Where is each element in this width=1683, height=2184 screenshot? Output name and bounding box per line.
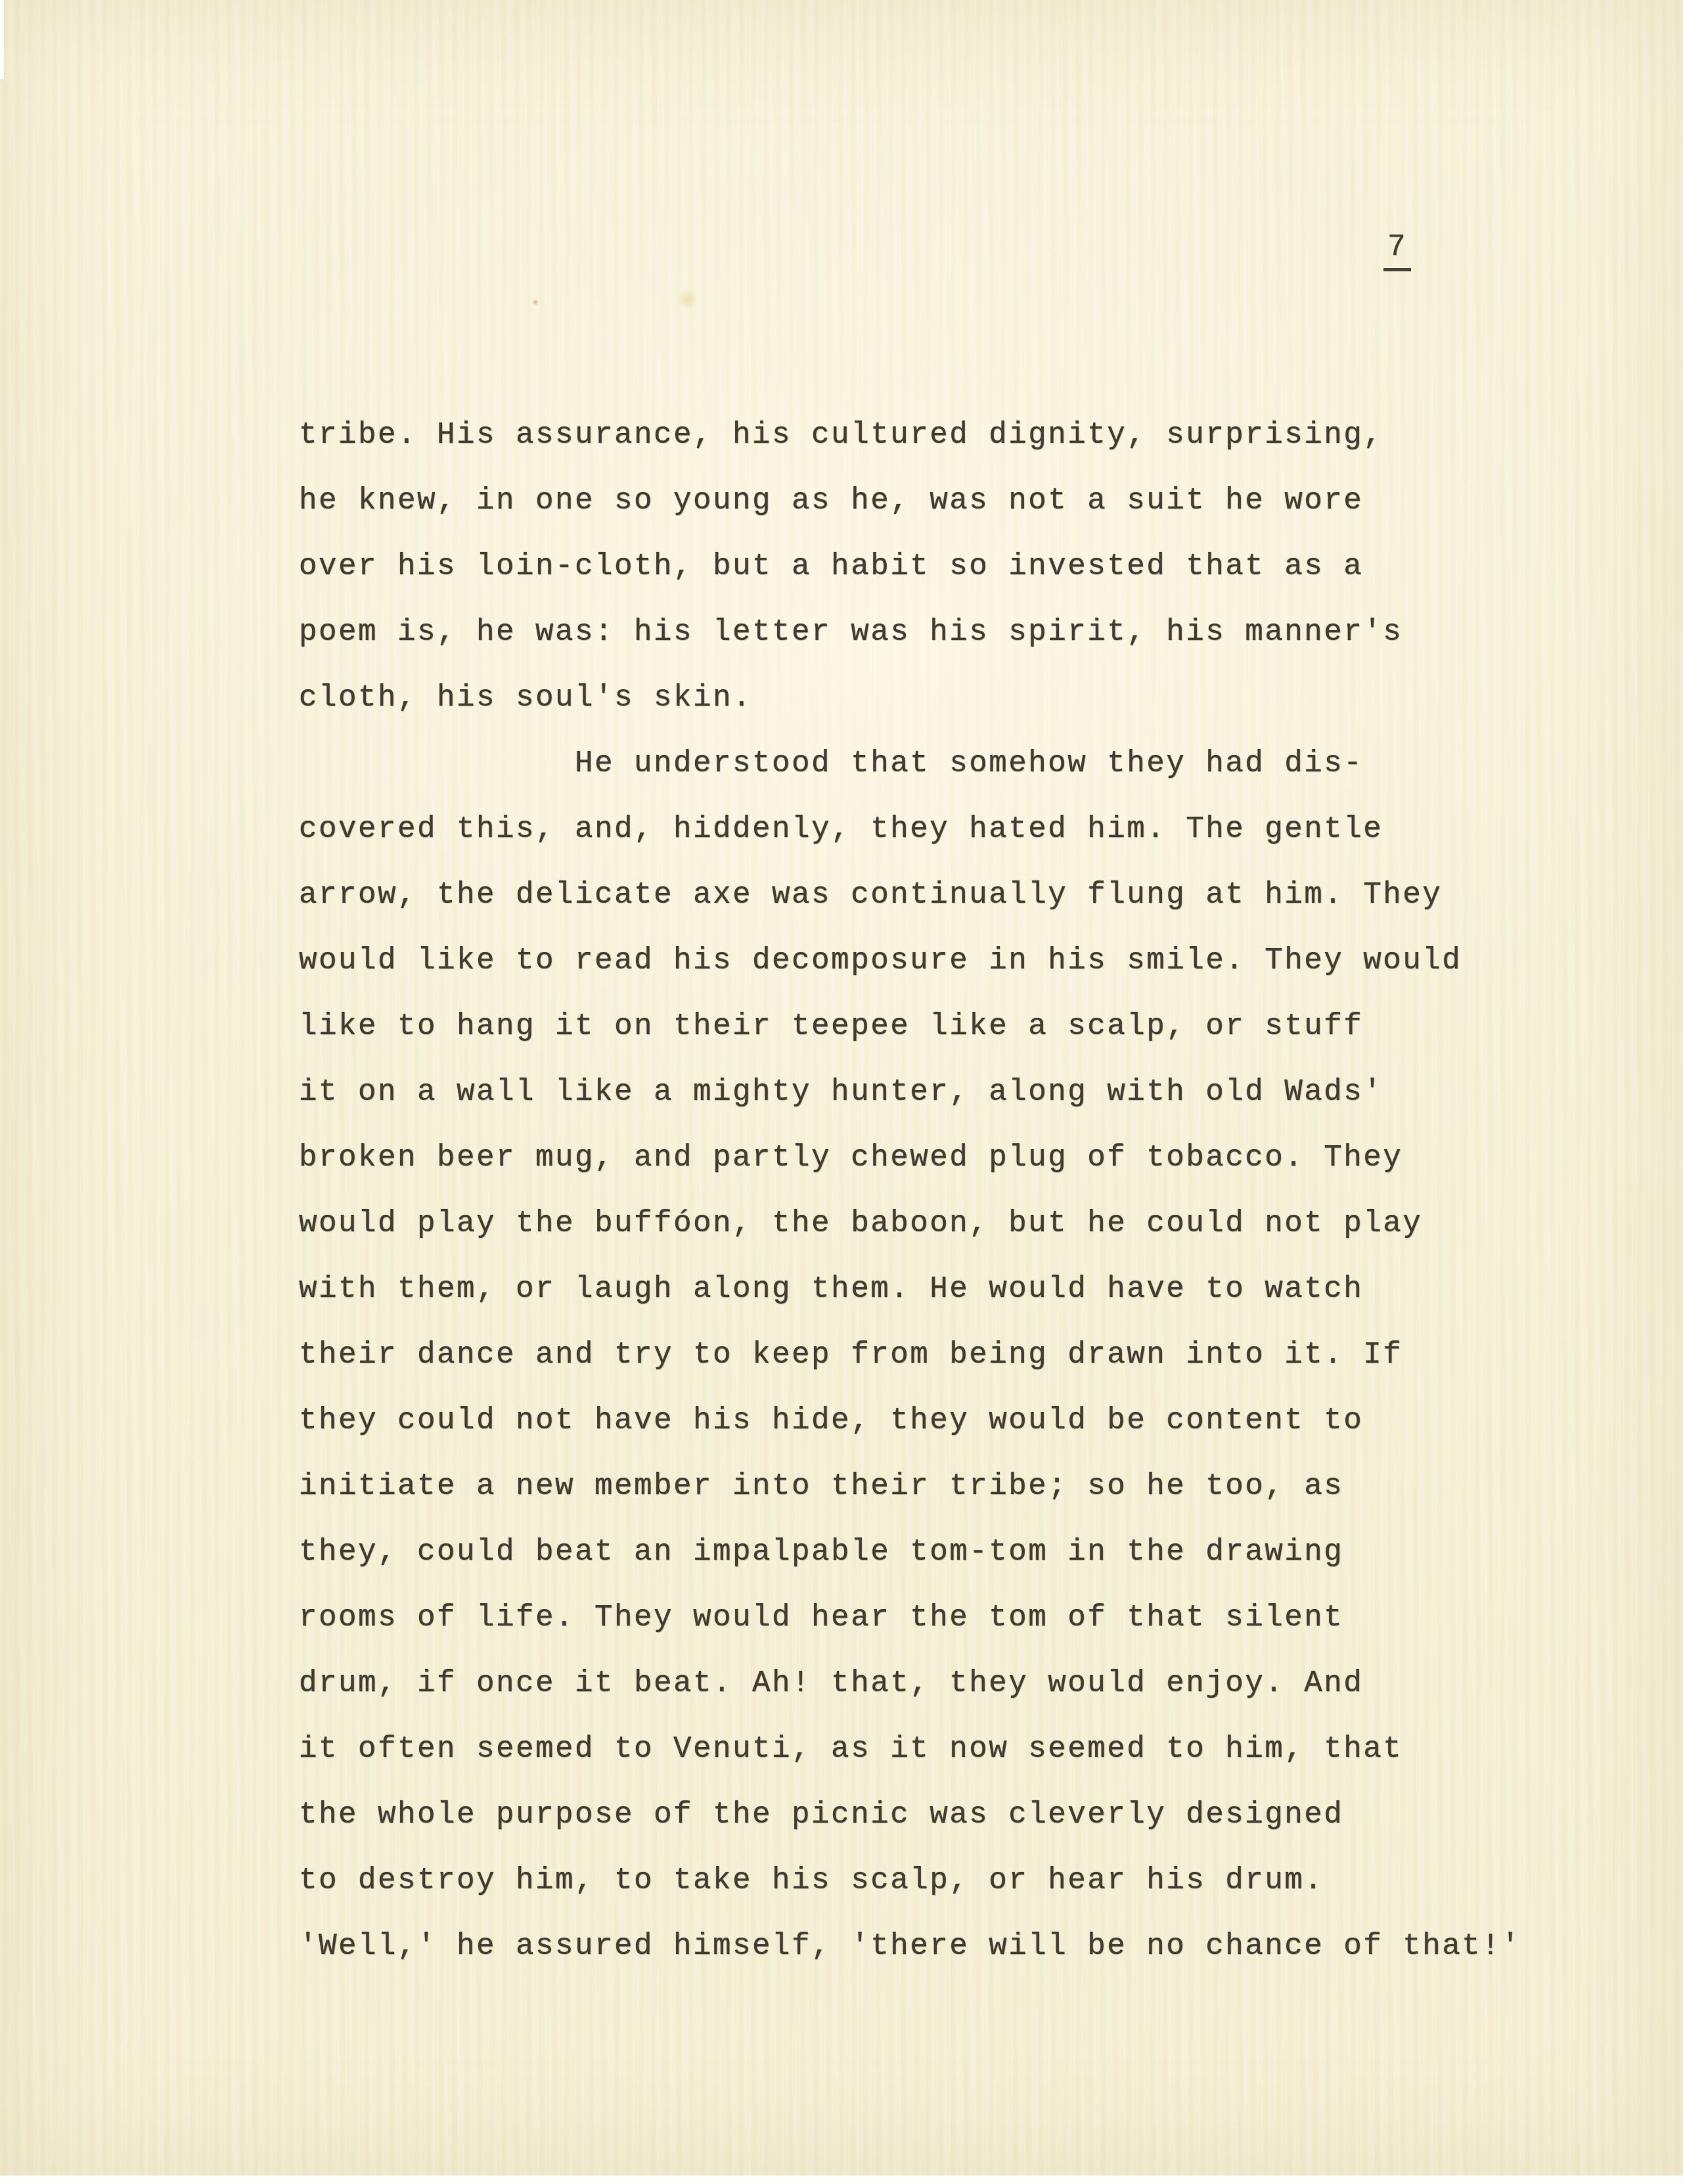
paper-speck	[532, 299, 539, 306]
scan-edge-bottom	[0, 2175, 1683, 2184]
scan-edge-left	[0, 0, 4, 79]
typewritten-body-text: tribe. His assurance, his cultured digni…	[299, 402, 1521, 1979]
page-number: 7	[1383, 230, 1411, 271]
paper-stain	[677, 289, 699, 309]
manuscript-page: 7 tribe. His assurance, his cultured dig…	[0, 0, 1683, 2184]
